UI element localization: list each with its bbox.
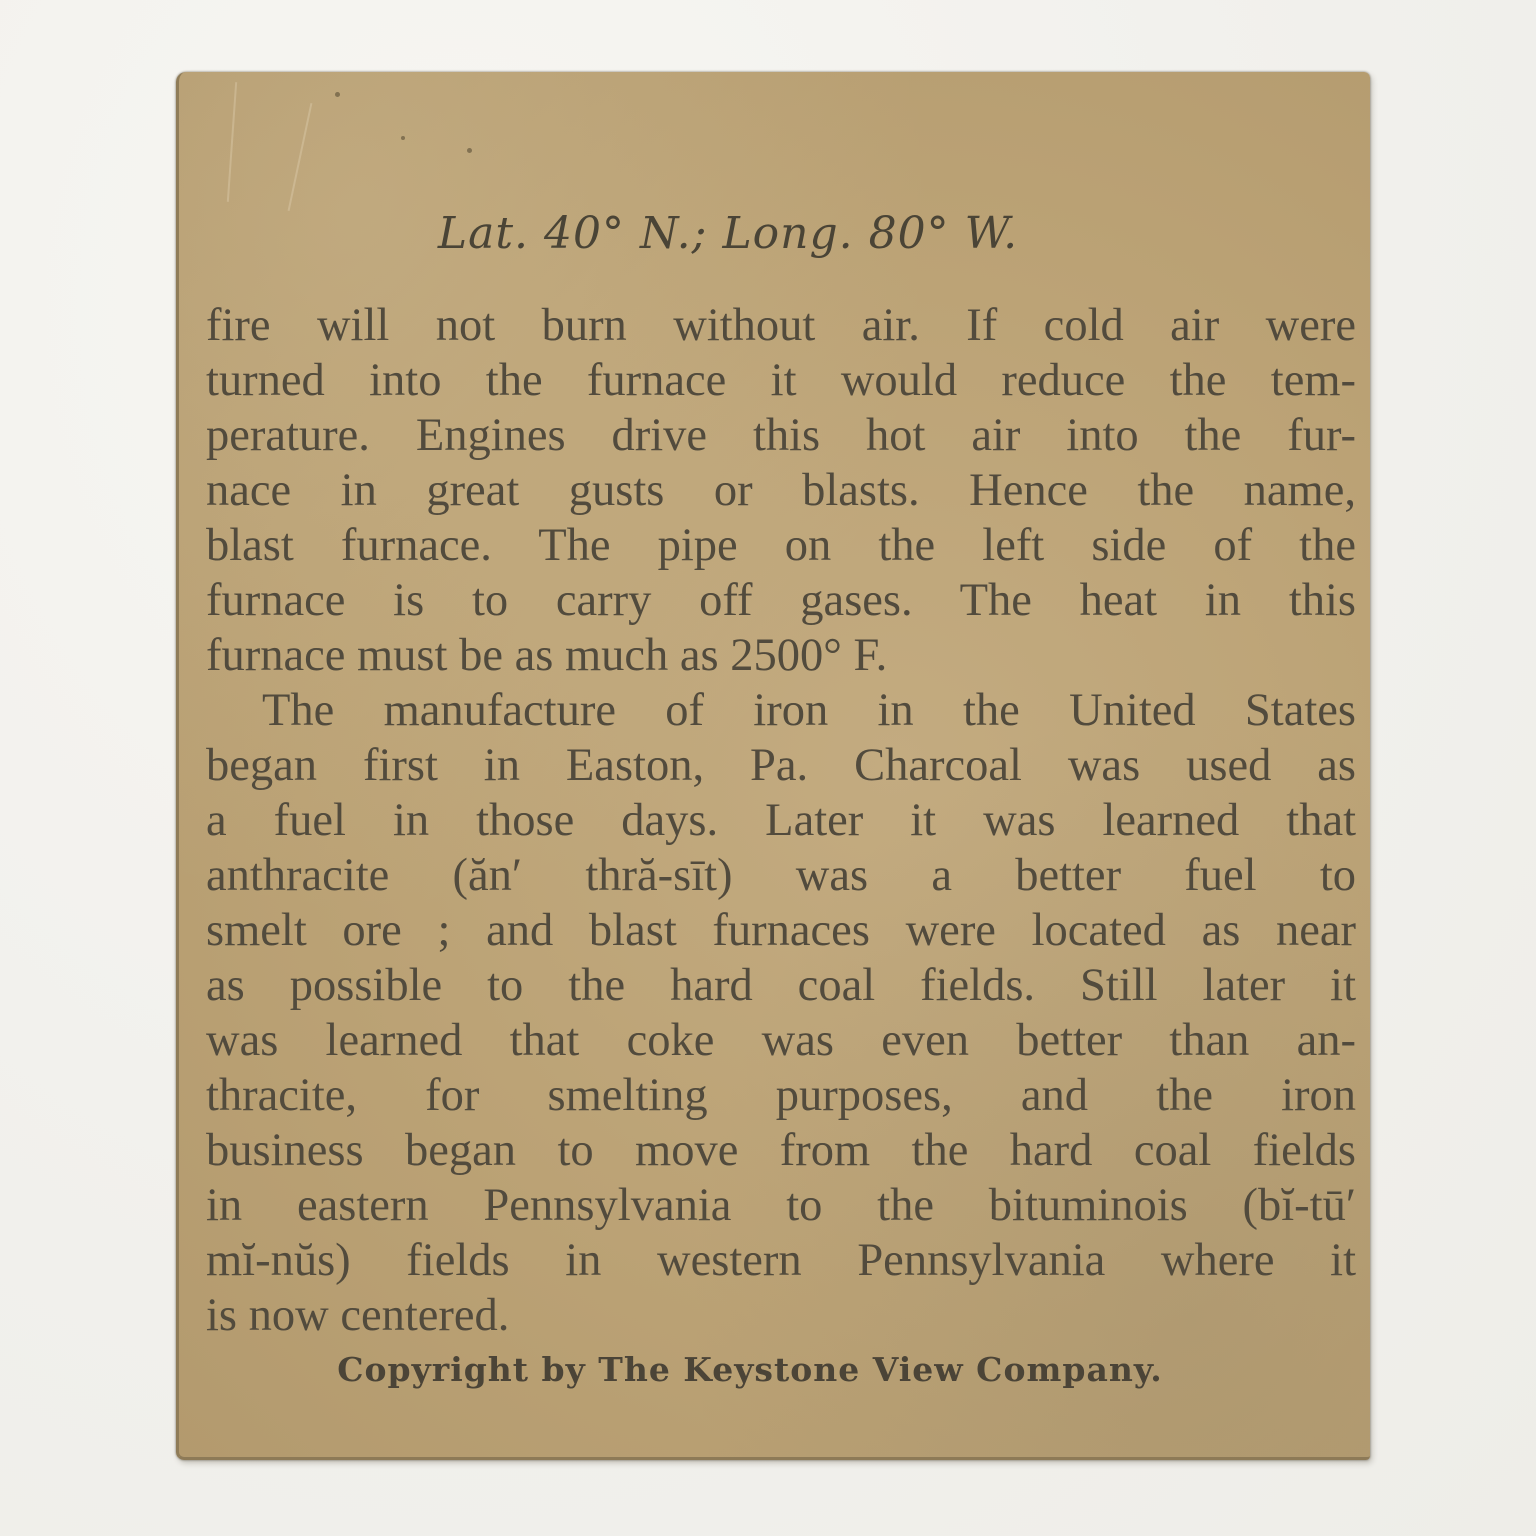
- paper-spot: [401, 136, 405, 140]
- text-line: blast furnace. The pipe on the left side…: [206, 518, 1356, 573]
- paper-crease: [227, 82, 237, 202]
- text-line: as possible to the hard coal fields. Sti…: [206, 958, 1356, 1013]
- text-line: furnace must be as much as 2500° F.: [206, 628, 1356, 683]
- text-line: business began to move from the hard coa…: [206, 1123, 1356, 1178]
- text-line: smelt ore ; and blast furnaces were loca…: [206, 903, 1356, 958]
- description-text: fire will not burn without air. If cold …: [206, 298, 1356, 1343]
- text-line: was learned that coke was even better th…: [206, 1013, 1356, 1068]
- text-line: is now centered.: [206, 1288, 1356, 1343]
- text-line: furnace is to carry off gases. The heat …: [206, 573, 1356, 628]
- text-line: thracite, for smelting purposes, and the…: [206, 1068, 1356, 1123]
- copyright-notice: Copyright by The Keystone View Company.: [0, 1350, 1518, 1389]
- text-line: began first in Easton, Pa. Charcoal was …: [206, 738, 1356, 793]
- text-line: mĭ-nŭs) fields in western Pennsylvania w…: [206, 1233, 1356, 1288]
- text-line: perature. Engines drive this hot air int…: [206, 408, 1356, 463]
- text-line: fire will not burn without air. If cold …: [206, 298, 1356, 353]
- text-line: The manufacture of iron in the United St…: [206, 683, 1356, 738]
- paper-crease: [288, 103, 313, 211]
- text-line: turned into the furnace it would reduce …: [206, 353, 1356, 408]
- text-line: in eastern Pennsylvania to the bituminoi…: [206, 1178, 1356, 1233]
- paper-spot: [335, 92, 340, 97]
- coordinates-heading: Lat. 40° N.; Long. 80° W.: [0, 208, 1496, 259]
- text-line: anthracite (ăn′ thră-sīt) was a better f…: [206, 848, 1356, 903]
- text-line: nace in great gusts or blasts. Hence the…: [206, 463, 1356, 518]
- text-line: a fuel in those days. Later it was learn…: [206, 793, 1356, 848]
- paper-spot: [467, 148, 472, 153]
